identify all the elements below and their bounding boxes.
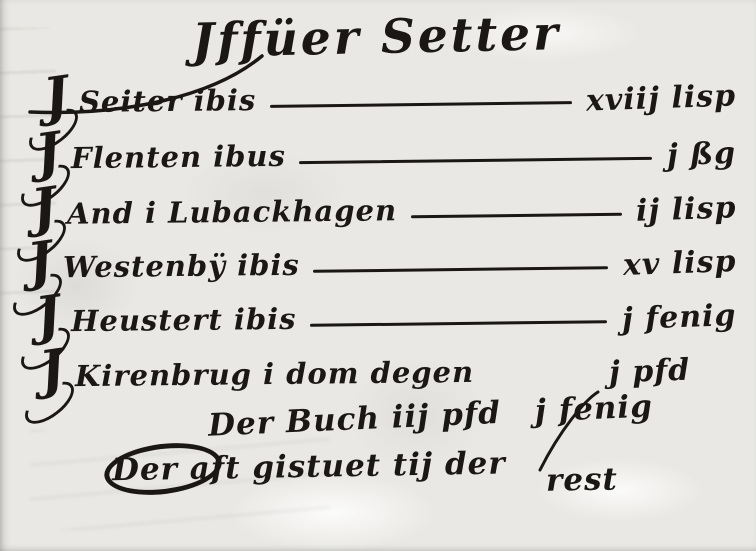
ruled-dash <box>313 266 608 273</box>
summary-text: Der aft gistuet tij der <box>112 445 506 488</box>
summary-line: Der aft gistuet tij der rest <box>112 444 604 489</box>
row-name: Heustert ibis <box>70 302 296 338</box>
row-name: Flenten ibus <box>70 139 285 175</box>
row-name: Westenbÿ ibis <box>62 248 299 284</box>
ledger-row: J And i Lubackhagen ij lisp <box>28 185 736 239</box>
row-amount: j pfd <box>608 352 690 390</box>
manuscript-page: Jffüer Setter J Seiter ibis xviij lisp J… <box>0 0 756 551</box>
row-amount: xviij lisp <box>585 78 736 118</box>
summary-amount: j fenig <box>534 388 654 429</box>
row-initial: J <box>34 296 63 335</box>
ruled-dash <box>299 156 652 163</box>
row-initial: J <box>38 350 67 389</box>
row-initial: J <box>26 242 55 281</box>
row-amount: j fenig <box>621 298 737 337</box>
ledger-row: J Heustert ibis j fenig <box>28 293 736 347</box>
ruled-dash <box>411 212 622 218</box>
row-initial: J <box>34 133 63 172</box>
row-initial: J <box>30 188 59 227</box>
row-amount: j ßg <box>666 135 736 172</box>
ledger-row: J Seiter ibis xviij lisp <box>28 74 736 128</box>
row-name: And i Lubackhagen <box>66 193 396 230</box>
ruled-dash <box>488 375 595 379</box>
ledger-row: J Flenten ibus j ßg <box>28 130 736 184</box>
page-title: Jffüer Setter <box>191 6 561 69</box>
summary-text: Der Buch iij pfd <box>207 395 501 444</box>
ruled-dash <box>310 320 607 327</box>
ledger-row: J Westenbÿ ibis xv lisp <box>28 239 736 293</box>
row-amount: ij lisp <box>635 190 737 228</box>
row-name: Seiter ibis <box>78 83 256 119</box>
row-name: Kirenbrug i dom degen <box>74 355 473 393</box>
ruled-dash <box>270 101 572 108</box>
row-amount: xv lisp <box>622 244 737 283</box>
summary-amount: rest <box>546 461 618 498</box>
row-initial: J <box>42 77 71 116</box>
